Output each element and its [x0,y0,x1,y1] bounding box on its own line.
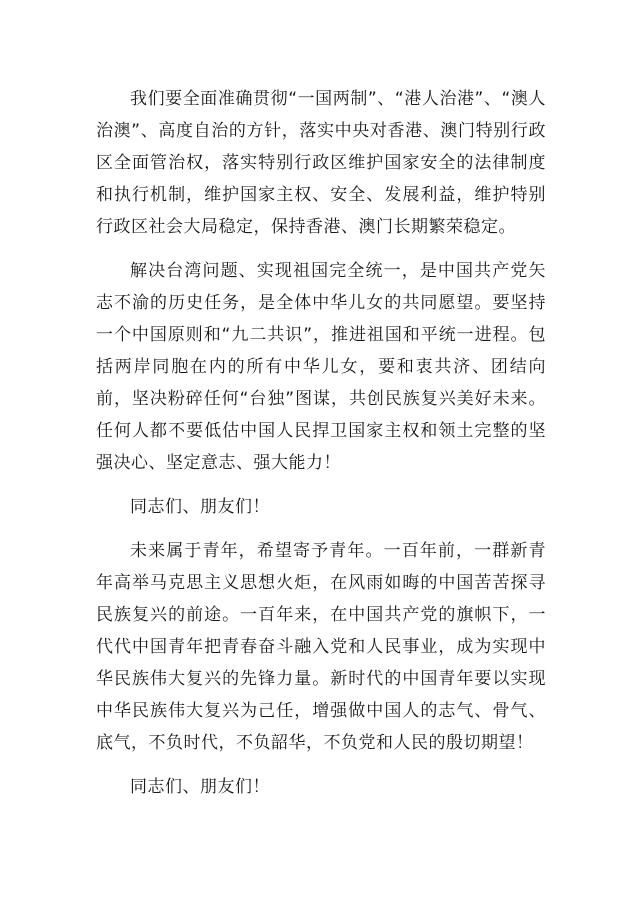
paragraph-youth: 未来属于青年，希望寄予青年。一百年前，一群新青年高举马克思主义思想火炬，在风雨如… [96,535,546,759]
paragraph-salutation: 同志们、朋友们！ [96,491,546,523]
paragraph-one-country-two-systems: 我们要全面准确贯彻“一国两制”、“港人治港”、“澳人治澳”、高度自治的方针，落实… [96,83,546,243]
paragraph-salutation-2: 同志们、朋友们！ [96,771,546,803]
paragraph-taiwan-reunification: 解决台湾问题、实现祖国完全统一，是中国共产党矢志不渝的历史任务，是全体中华儿女的… [96,255,546,479]
document-body: 我们要全面准确贯彻“一国两制”、“港人治港”、“澳人治澳”、高度自治的方针，落实… [96,83,546,815]
